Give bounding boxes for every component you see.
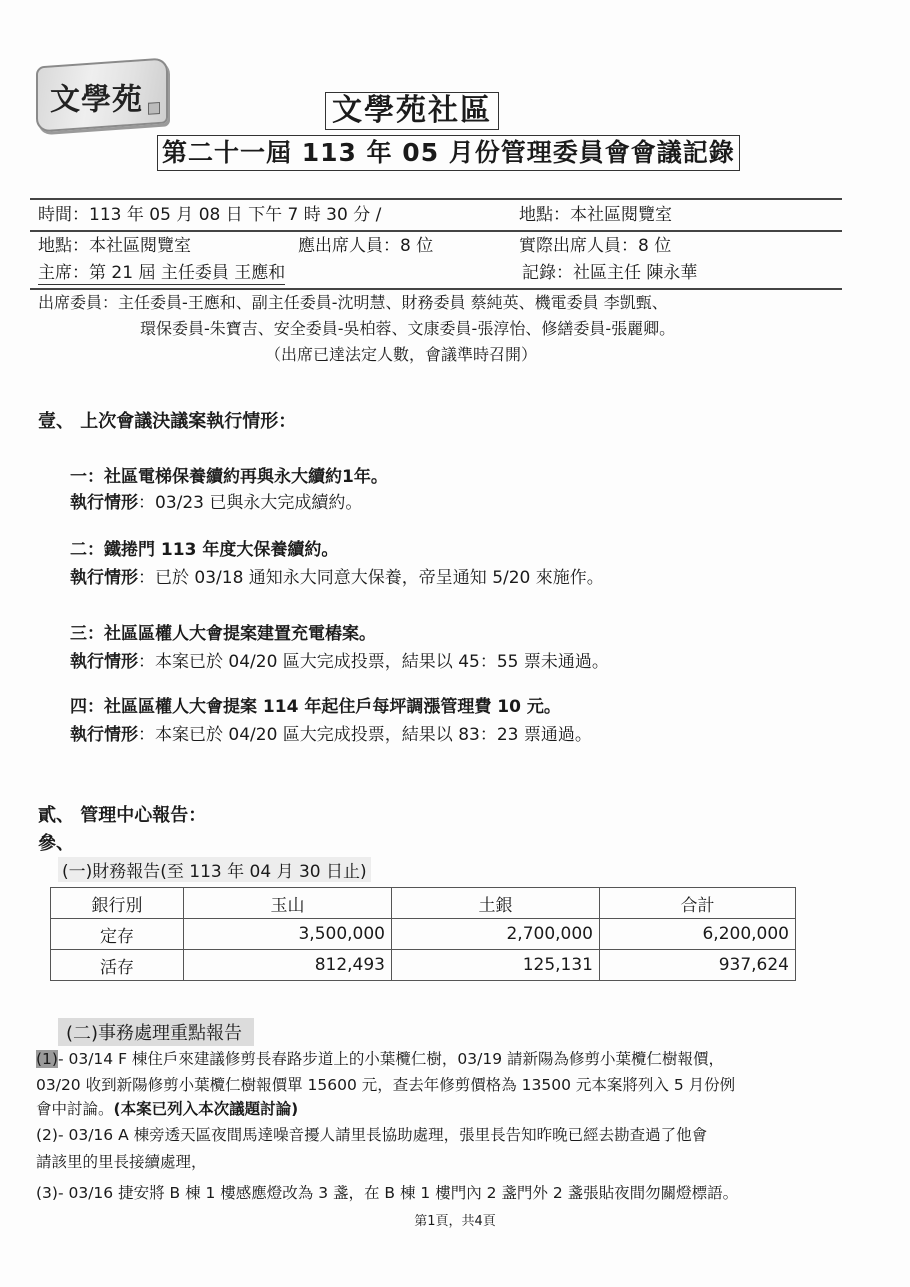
cell-value: 812,493 xyxy=(184,950,392,981)
divider xyxy=(30,198,842,200)
affair-2-line-1: (2)- 03/16 A 棟旁透天區夜間馬達噪音擾人請里長協助處理，張里長告知昨… xyxy=(36,1124,707,1148)
finance-report-title: (一)財務報告(至 113 年 04 月 30 日止) xyxy=(58,857,371,882)
page-number: 第1頁，共4頁 xyxy=(0,1210,910,1229)
quorum-note: （出席已達法定人數，會議準時召開） xyxy=(265,343,537,367)
affair-1-line-3: 會中討論。(本案已列入本次議題討論) xyxy=(36,1098,298,1122)
affair-1-line-2: 03/20 收到新陽修剪小葉欖仁樹報價單 15600 元，查去年修剪價格為 13… xyxy=(36,1074,735,1098)
affair-number: (1) xyxy=(36,1050,58,1068)
item-1-title: 一：社區電梯保養續約再與永大續約1年。 xyxy=(70,462,388,487)
affair-text: 會中討論。 xyxy=(36,1100,114,1118)
affair-text: - 03/16 捷安將 B 棟 1 樓感應燈改為 3 盞，在 B 棟 1 樓門內… xyxy=(58,1184,738,1202)
status-text: ：已於 03/18 通知永大同意大保養，帝呈通知 5/20 來施作。 xyxy=(138,568,604,588)
cell-value: 125,131 xyxy=(392,950,600,981)
header-cell: 合計 xyxy=(600,888,796,919)
cell-value: 3,500,000 xyxy=(184,919,392,950)
table-header-row: 銀行別 玉山 土銀 合計 xyxy=(51,888,796,919)
row-label: 定存 xyxy=(51,919,184,950)
item-4-status: 執行情形：本案已於 04/20 區大完成投票，結果以 83：23 票通過。 xyxy=(70,720,592,745)
status-label: 執行情形 xyxy=(70,568,138,588)
item-3-title: 三：社區區權人大會提案建置充電樁案。 xyxy=(70,619,376,644)
community-logo: 文學苑 xyxy=(36,57,168,132)
cell-value: 937,624 xyxy=(600,950,796,981)
meeting-title: 第二十一屆 113 年 05 月份管理委員會會議記錄 xyxy=(157,135,740,171)
affair-note: (本案已列入本次議題討論) xyxy=(114,1100,299,1118)
table-row: 活存 812,493 125,131 937,624 xyxy=(51,950,796,981)
status-label: 執行情形 xyxy=(70,652,138,672)
item-3-status: 執行情形：本案已於 04/20 區大完成投票，結果以 45：55 票未通過。 xyxy=(70,647,609,672)
item-2-title: 二：鐵捲門 113 年度大保養續約。 xyxy=(70,535,338,560)
affair-3-line-1: (3)- 03/16 捷安將 B 棟 1 樓感應燈改為 3 盞，在 B 棟 1 … xyxy=(36,1182,738,1206)
expected-attendees: 應出席人員：8 位 xyxy=(298,235,433,257)
status-text: ：03/23 已與永大完成續約。 xyxy=(138,493,362,513)
item-1-status: 執行情形：03/23 已與永大完成續約。 xyxy=(70,488,362,513)
cell-value: 6,200,000 xyxy=(600,919,796,950)
meeting-location: 地點：本社區閱覽室 xyxy=(38,235,191,257)
seal-icon xyxy=(148,102,160,115)
meeting-time: 時間：113 年 05 月 08 日 下午 7 時 30 分 / xyxy=(38,204,381,226)
section-3-heading: 參、 xyxy=(38,829,74,855)
item-2-status: 執行情形：已於 03/18 通知永大同意大保養，帝呈通知 5/20 來施作。 xyxy=(70,563,604,588)
actual-attendees: 實際出席人員：8 位 xyxy=(519,235,671,257)
affair-number: (3) xyxy=(36,1184,58,1202)
logo-text: 文學苑 xyxy=(50,74,143,118)
affair-text: - 03/16 A 棟旁透天區夜間馬達噪音擾人請里長協助處理，張里長告知昨晚已經… xyxy=(58,1126,707,1144)
meeting-chair: 主席：第 21 屆 主任委員 王應和 xyxy=(38,262,285,285)
attendees-line-1: 出席委員：主任委員-王應和、副主任委員-沈明慧、財務委員 蔡純英、機電委員 李凱… xyxy=(38,291,668,315)
table-row: 定存 3,500,000 2,700,000 6,200,000 xyxy=(51,919,796,950)
finance-table: 銀行別 玉山 土銀 合計 定存 3,500,000 2,700,000 6,20… xyxy=(50,887,796,981)
meeting-recorder: 記錄：社區主任 陳永華 xyxy=(522,262,697,284)
status-text: ：本案已於 04/20 區大完成投票，結果以 45：55 票未通過。 xyxy=(138,652,609,672)
item-4-title: 四：社區區權人大會提案 114 年起住戶每坪調漲管理費 10 元。 xyxy=(70,692,561,717)
status-label: 執行情形 xyxy=(70,725,138,745)
affair-2-line-2: 請該里的里長接續處理， xyxy=(36,1151,207,1175)
divider xyxy=(30,230,842,232)
section-2-heading: 貳、 管理中心報告： xyxy=(38,801,206,827)
header-cell: 玉山 xyxy=(184,888,392,919)
meeting-location-right: 地點：本社區閱覽室 xyxy=(519,204,672,226)
affair-1-line-1: (1)- 03/14 F 棟住戶來建議修剪長春路步道上的小葉欖仁樹，03/19 … xyxy=(36,1048,724,1072)
status-text: ：本案已於 04/20 區大完成投票，結果以 83：23 票通過。 xyxy=(138,725,592,745)
affair-number: (2) xyxy=(36,1126,58,1144)
affair-text: - 03/14 F 棟住戶來建議修剪長春路步道上的小葉欖仁樹，03/19 請新陽… xyxy=(58,1050,724,1068)
header-cell: 銀行別 xyxy=(51,888,184,919)
attendees-line-2: 環保委員-朱寶吉、安全委員-吳柏蓉、文康委員-張淳怡、修繕委員-張麗卿。 xyxy=(140,317,675,341)
affairs-report-title: (二)事務處理重點報告 xyxy=(58,1018,254,1046)
cell-value: 2,700,000 xyxy=(392,919,600,950)
community-name: 文學苑社區 xyxy=(325,92,499,130)
divider xyxy=(30,288,842,290)
section-1-heading: 壹、 上次會議決議案執行情形： xyxy=(38,407,296,433)
header-cell: 土銀 xyxy=(392,888,600,919)
status-label: 執行情形 xyxy=(70,493,138,513)
row-label: 活存 xyxy=(51,950,184,981)
